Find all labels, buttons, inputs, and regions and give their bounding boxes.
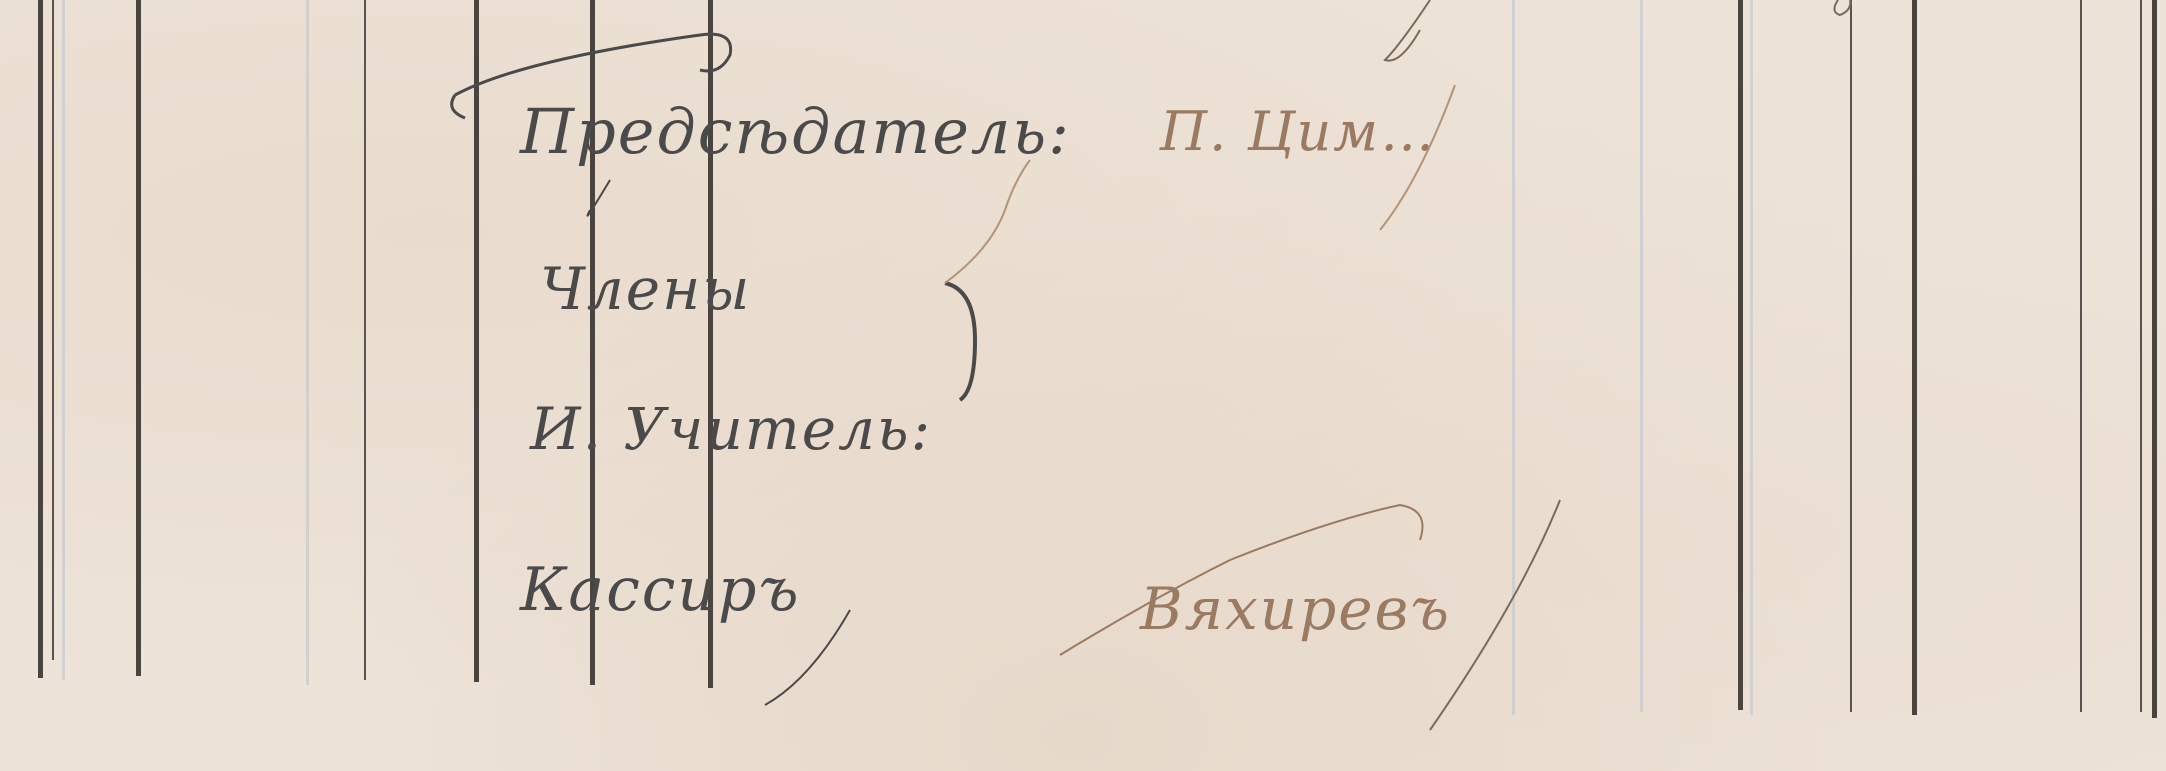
column-rule-thin (52, 0, 54, 660)
members-label: Члены (540, 255, 752, 323)
chairman-label: Предсѣдатель: (520, 95, 1071, 168)
cashier-signature: Вяхиревъ (1140, 575, 1451, 643)
column-rule-thin (2080, 0, 2082, 712)
column-rule-faint (306, 0, 309, 685)
cashier-label: Кассиръ (520, 555, 800, 625)
column-rule-thick (2152, 0, 2157, 718)
column-rule-thick (474, 0, 479, 682)
column-rule-faint (1750, 0, 1753, 715)
column-rule-faint (62, 0, 65, 680)
column-rule-thick (136, 0, 141, 676)
column-rule-faint (1640, 0, 1643, 712)
column-rule-thick (38, 0, 43, 678)
chairman-signature: П. Цим… (1160, 100, 1436, 163)
column-rule-thick (1912, 0, 1917, 715)
column-rule-thick (1738, 0, 1743, 710)
column-rule-thin (364, 0, 366, 680)
column-rule-thin (2140, 0, 2142, 712)
acting-teacher-label: И. Учитель: (530, 395, 932, 463)
column-rule-faint (1512, 0, 1515, 715)
paper-background (0, 0, 2166, 771)
column-rule-thin (1850, 0, 1852, 712)
